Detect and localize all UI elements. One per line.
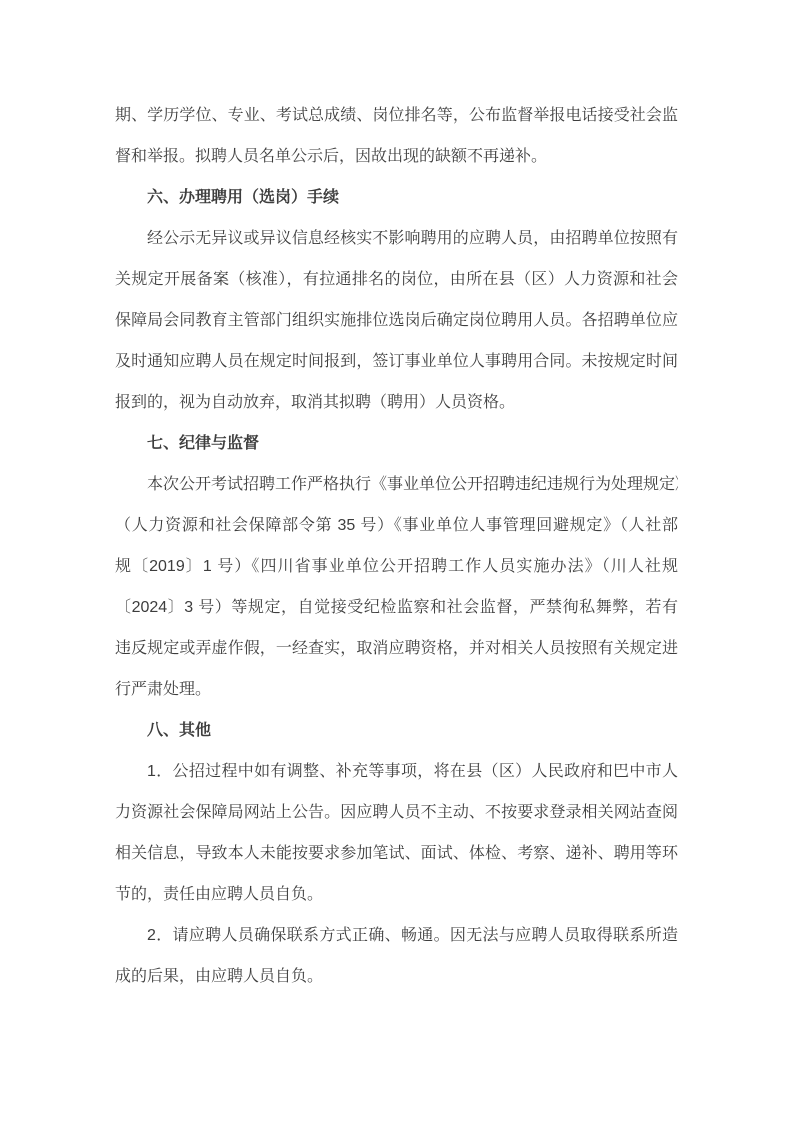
text-line: （人力资源和社会保障部令第 35 号）《事业单位人事管理回避规定》（人社部: [115, 505, 678, 546]
text-line: 关规定开展备案（核准），有拉通排名的岗位，由所在县（区）人力资源和社会: [115, 259, 678, 300]
text-line: 期、学历学位、专业、考试总成绩、岗位排名等，公布监督举报电话接受社会监: [115, 95, 678, 136]
text-line: 行严肃处理。: [115, 669, 678, 710]
document-content: 期、学历学位、专业、考试总成绩、岗位排名等，公布监督举报电话接受社会监督和举报。…: [115, 95, 678, 997]
text-line: 成的后果，由应聘人员自负。: [115, 956, 678, 997]
text-line: 规〔2019〕1 号）《四川省事业单位公开招聘工作人员实施办法》（川人社规: [115, 546, 678, 587]
text-line: 报到的，视为自动放弃，取消其拟聘（聘用）人员资格。: [115, 382, 678, 423]
section-heading: 六、办理聘用（选岗）手续: [115, 177, 678, 218]
text-line: 督和举报。拟聘人员名单公示后，因故出现的缺额不再递补。: [115, 136, 678, 177]
document-page: 期、学历学位、专业、考试总成绩、岗位排名等，公布监督举报电话接受社会监督和举报。…: [0, 0, 793, 1122]
section-heading: 七、纪律与监督: [115, 423, 678, 464]
text-line: 及时通知应聘人员在规定时间报到，签订事业单位人事聘用合同。未按规定时间: [115, 341, 678, 382]
text-line: 经公示无异议或异议信息经核实不影响聘用的应聘人员，由招聘单位按照有: [115, 218, 678, 259]
text-line: 节的，责任由应聘人员自负。: [115, 874, 678, 915]
text-line: 本次公开考试招聘工作严格执行《事业单位公开招聘违纪违规行为处理规定》: [115, 464, 678, 505]
text-line: 力资源社会保障局网站上公告。因应聘人员不主动、不按要求登录相关网站查阅: [115, 792, 678, 833]
text-line: 相关信息，导致本人未能按要求参加笔试、面试、体检、考察、递补、聘用等环: [115, 833, 678, 874]
text-line: 保障局会同教育主管部门组织实施排位选岗后确定岗位聘用人员。各招聘单位应: [115, 300, 678, 341]
text-line: 违反规定或弄虚作假，一经查实，取消应聘资格，并对相关人员按照有关规定进: [115, 628, 678, 669]
text-line: 〔2024〕3 号）等规定，自觉接受纪检监察和社会监督，严禁徇私舞弊，若有: [115, 587, 678, 628]
text-line: 2．请应聘人员确保联系方式正确、畅通。因无法与应聘人员取得联系所造: [115, 915, 678, 956]
section-heading: 八、其他: [115, 710, 678, 751]
text-line: 1．公招过程中如有调整、补充等事项，将在县（区）人民政府和巴中市人: [115, 751, 678, 792]
